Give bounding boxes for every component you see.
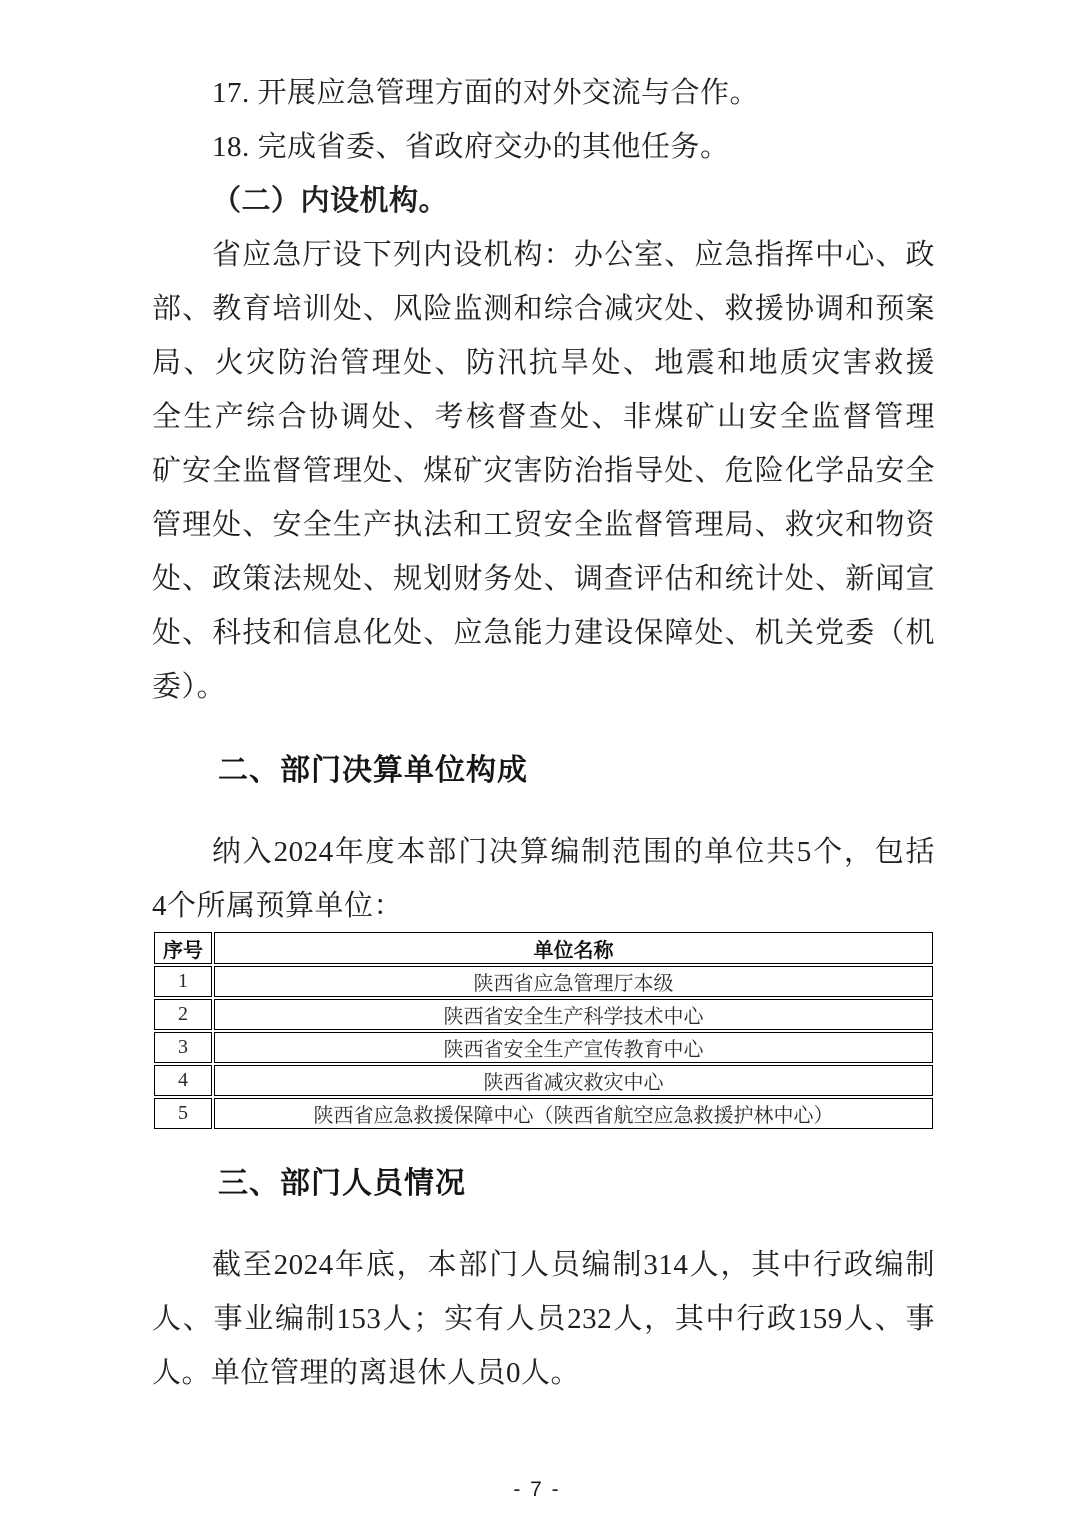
paragraph-line: 人、事业编制153人；实有人员232人，其中行政159人、事业73: [152, 1292, 935, 1346]
document-content: 17. 开展应急管理方面的对外交流与合作。 18. 完成省委、省政府交办的其他任…: [152, 0, 935, 1400]
sub-heading-internal-org: （二）内设机构。: [152, 174, 935, 228]
paragraph-line: 省应急厅设下列内设机构：办公室、应急指挥中心、政治: [152, 228, 935, 282]
table-cell-unit-name: 陕西省应急救援保障中心（陕西省航空应急救援护林中心）: [214, 1098, 933, 1129]
unit-list-table: 序号 单位名称 1 陕西省应急管理厅本级 2 陕西省安全生产科学技术中心 3 陕…: [152, 930, 935, 1131]
table-cell-unit-name: 陕西省应急管理厅本级: [214, 966, 933, 997]
table-row: 3 陕西省安全生产宣传教育中心: [154, 1032, 933, 1063]
table-row: 5 陕西省应急救援保障中心（陕西省航空应急救援护林中心）: [154, 1098, 933, 1129]
table-row: 2 陕西省安全生产科学技术中心: [154, 999, 933, 1030]
paragraph-line: 部、教育培训处、风险监测和综合减灾处、救援协调和预案管理: [152, 282, 935, 336]
table-cell-seq: 1: [154, 966, 212, 997]
section-heading-unit-composition: 二、部门决算单位构成: [218, 754, 935, 787]
table-cell-seq: 2: [154, 999, 212, 1030]
paragraph-line: 局、火灾防治管理处、防汛抗旱处、地震和地质灾害救援处、安: [152, 336, 935, 390]
table-cell-unit-name: 陕西省减灾救灾中心: [214, 1065, 933, 1096]
internal-org-paragraph: 省应急厅设下列内设机构：办公室、应急指挥中心、政治 部、教育培训处、风险监测和综…: [152, 228, 935, 714]
paragraph-line: 截至2024年底，本部门人员编制314人，其中行政编制161: [152, 1238, 935, 1292]
duty-item-17: 17. 开展应急管理方面的对外交流与合作。: [152, 66, 935, 120]
paragraph-line: 全生产综合协调处、考核督查处、非煤矿山安全监督管理处、煤: [152, 390, 935, 444]
paragraph-line: 人。单位管理的离退休人员0人。: [152, 1346, 935, 1400]
page-number: - 7 -: [0, 1478, 1074, 1502]
table-header-row: 序号 单位名称: [154, 932, 933, 964]
table-row: 4 陕西省减灾救灾中心: [154, 1065, 933, 1096]
personnel-paragraph: 截至2024年底，本部门人员编制314人，其中行政编制161 人、事业编制153…: [152, 1238, 935, 1400]
paragraph-line: 委）。: [152, 660, 935, 714]
table-header-unit-name: 单位名称: [214, 932, 933, 964]
paragraph-line: 4个所属预算单位：: [152, 879, 935, 933]
table-cell-unit-name: 陕西省安全生产宣传教育中心: [214, 1032, 933, 1063]
table-header-seq: 序号: [154, 932, 212, 964]
paragraph-line: 处、政策法规处、规划财务处、调查评估和统计处、新闻宣传: [152, 552, 935, 606]
unit-composition-paragraph: 纳入2024年度本部门决算编制范围的单位共5个，包括本级及 4个所属预算单位：: [152, 825, 935, 933]
duty-item-18: 18. 完成省委、省政府交办的其他任务。: [152, 120, 935, 174]
table-cell-seq: 5: [154, 1098, 212, 1129]
table-cell-unit-name: 陕西省安全生产科学技术中心: [214, 999, 933, 1030]
table-cell-seq: 4: [154, 1065, 212, 1096]
table-cell-seq: 3: [154, 1032, 212, 1063]
document-page: 17. 开展应急管理方面的对外交流与合作。 18. 完成省委、省政府交办的其他任…: [0, 0, 1074, 1520]
paragraph-line: 纳入2024年度本部门决算编制范围的单位共5个，包括本级及: [152, 825, 935, 879]
paragraph-line: 矿安全监督管理处、煤矿灾害防治指导处、危险化学品安全监督: [152, 444, 935, 498]
paragraph-line: 管理处、安全生产执法和工贸安全监督管理局、救灾和物资保障: [152, 498, 935, 552]
paragraph-line: 处、科技和信息化处、应急能力建设保障处、机关党委（机关纪: [152, 606, 935, 660]
table-row: 1 陕西省应急管理厅本级: [154, 966, 933, 997]
section-heading-personnel: 三、部门人员情况: [218, 1167, 935, 1200]
